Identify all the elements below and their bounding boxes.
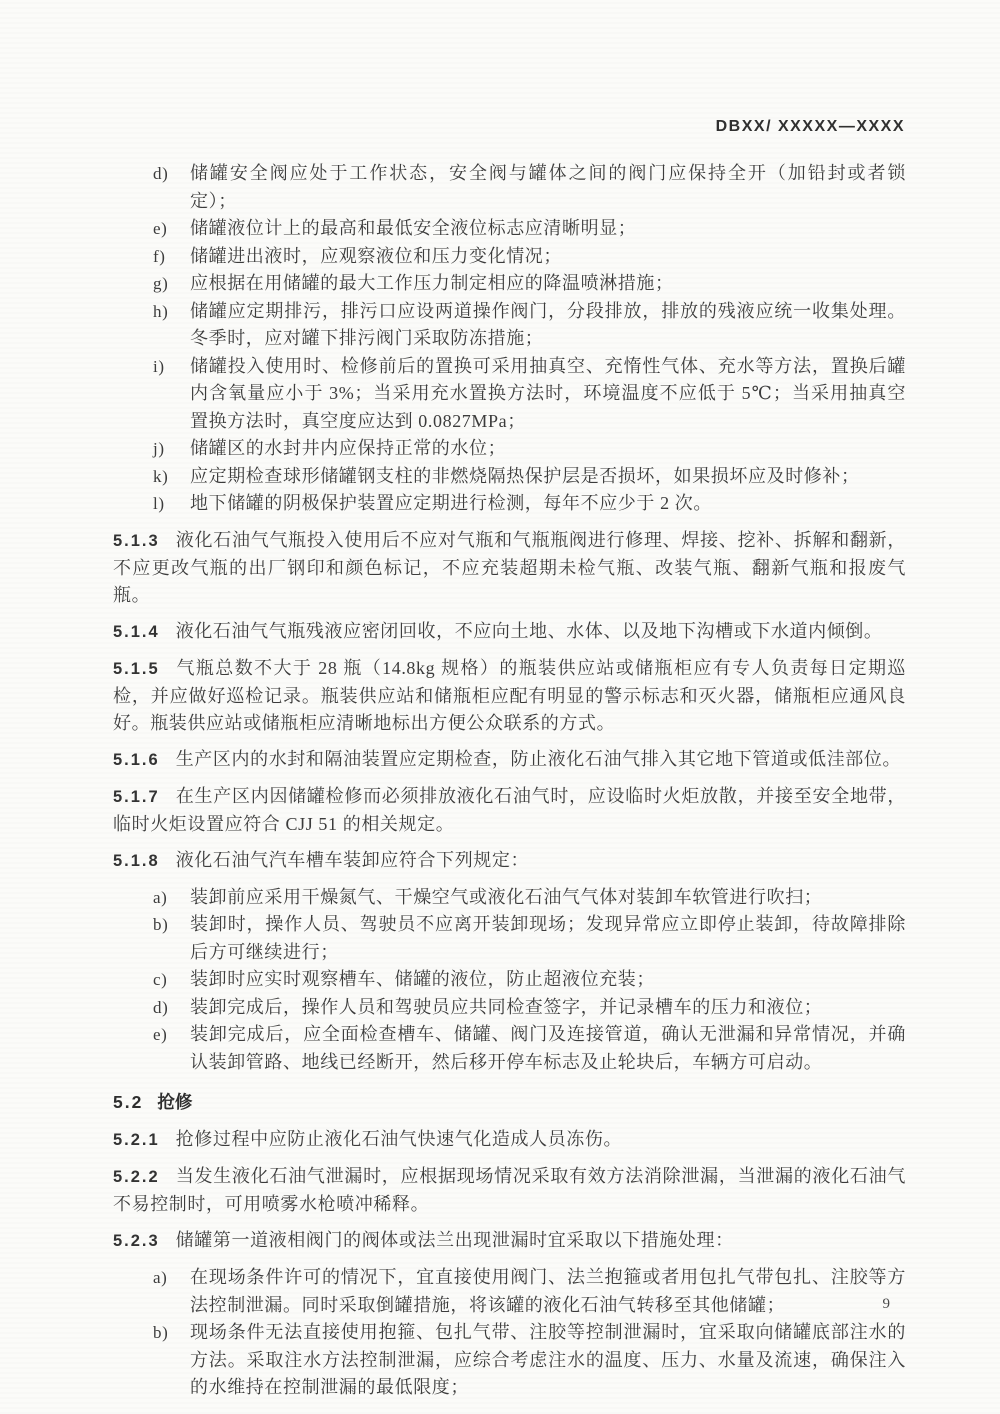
clause-5-2-2: 5.2.2当发生液化石油气泄漏时，应根据现场情况采取有效方法消除泄漏，当泄漏的液… bbox=[113, 1163, 906, 1218]
letter-list: d)储罐安全阀应处于工作状态，安全阀与罐体之间的阀门应保持全开（加铅封或者锁定）… bbox=[113, 160, 906, 518]
document-body: d)储罐安全阀应处于工作状态，安全阀与罐体之间的阀门应保持全开（加铅封或者锁定）… bbox=[113, 152, 906, 1410]
list-item-d: d)装卸完成后，操作人员和驾驶员应共同检查签字，并记录槽车的压力和液位； bbox=[113, 994, 906, 1022]
list-item-text: 装卸完成后，操作人员和驾驶员应共同检查签字，并记录槽车的压力和液位； bbox=[190, 994, 906, 1022]
clause-number: 5.1.5 bbox=[113, 660, 160, 678]
clause-text: 生产区内的水封和隔油装置应定期检查，防止液化石油气排入其它地下管道或低洼部位。 bbox=[176, 749, 901, 769]
list-item-marker: e) bbox=[153, 1021, 190, 1076]
list-item-j: j)储罐区的水封井内应保持正常的水位； bbox=[113, 435, 906, 463]
list-item-marker: a) bbox=[153, 884, 190, 912]
list-item-marker: i) bbox=[153, 353, 190, 436]
clause-number: 5.2.1 bbox=[113, 1131, 160, 1149]
clause-number: 5.2 bbox=[113, 1092, 143, 1112]
clause-5-2-1: 5.2.1抢修过程中应防止液化石油气快速气化造成人员冻伤。 bbox=[113, 1126, 906, 1154]
clause-text: 当发生液化石油气泄漏时，应根据现场情况采取有效方法消除泄漏，当泄漏的液化石油气不… bbox=[113, 1166, 906, 1214]
list-item-i: i)储罐投入使用时、检修前后的置换可采用抽真空、充惰性气体、充水等方法，置换后罐… bbox=[113, 353, 906, 436]
page-number: 9 bbox=[883, 1296, 891, 1313]
list-item-text: 装卸时，操作人员、驾驶员不应离开装卸现场；发现异常应立即停止装卸，待故障排除后方… bbox=[190, 911, 906, 966]
clause-5-1-8: 5.1.8液化石油气汽车槽车装卸应符合下列规定： bbox=[113, 847, 906, 875]
list-item-marker: d) bbox=[153, 160, 190, 215]
clause-text: 储罐第一道液相阀门的阀体或法兰出现泄漏时宜采取以下措施处理： bbox=[176, 1230, 734, 1250]
document-page: DBXX/ XXXXX—XXXX d)储罐安全阀应处于工作状态，安全阀与罐体之间… bbox=[0, 0, 1000, 1414]
list-item-h: h)储罐应定期排污，排污口应设两道操作阀门，分段排放，排放的残液应统一收集处理。… bbox=[113, 298, 906, 353]
list-item-marker: h) bbox=[153, 298, 190, 353]
list-item-text: 装卸前应采用干燥氮气、干燥空气或液化石油气气体对装卸车软管进行吹扫； bbox=[190, 884, 906, 912]
list-item-text: 地下储罐的阴极保护装置应定期进行检测，每年不应少于 2 次。 bbox=[190, 490, 906, 518]
list-item-marker: e) bbox=[153, 215, 190, 243]
list-item-c: c)装卸时应实时观察槽车、储罐的液位，防止超液位充装； bbox=[113, 966, 906, 994]
clause-text: 在生产区内因储罐检修而必须排放液化石油气时，应设临时火炬放散，并接至安全地带，临… bbox=[113, 786, 906, 834]
clause-5-1-4: 5.1.4液化石油气气瓶残液应密闭回收，不应向土地、水体、以及地下沟槽或下水道内… bbox=[113, 618, 906, 646]
clause-text: 液化石油气气瓶残液应密闭回收，不应向土地、水体、以及地下沟槽或下水道内倾倒。 bbox=[176, 621, 883, 641]
list-item-text: 储罐液位计上的最高和最低安全液位标志应清晰明显； bbox=[190, 215, 906, 243]
clause-text: 抢修过程中应防止液化石油气快速气化造成人员冻伤。 bbox=[176, 1129, 622, 1149]
list-item-a: a)在现场条件许可的情况下，宜直接使用阀门、法兰抱箍或者用包扎气带包扎、注胶等方… bbox=[113, 1264, 906, 1319]
clause-number: 5.2.2 bbox=[113, 1168, 160, 1186]
list-item-text: 储罐进出液时，应观察液位和压力变化情况； bbox=[190, 243, 906, 271]
list-item-text: 装卸完成后，应全面检查槽车、储罐、阀门及连接管道，确认无泄漏和异常情况，并确认装… bbox=[190, 1021, 906, 1076]
list-item-marker: f) bbox=[153, 243, 190, 271]
list-item-marker: c) bbox=[153, 966, 190, 994]
list-item-text: 应根据在用储罐的最大工作压力制定相应的降温喷淋措施； bbox=[190, 270, 906, 298]
list-item-marker: a) bbox=[153, 1264, 190, 1319]
section-heading-5-2: 5.2抢修 bbox=[113, 1089, 906, 1116]
clause-5-1-7: 5.1.7在生产区内因储罐检修而必须排放液化石油气时，应设临时火炬放散，并接至安… bbox=[113, 783, 906, 838]
list-item-b: b)装卸时，操作人员、驾驶员不应离开装卸现场；发现异常应立即停止装卸，待故障排除… bbox=[113, 911, 906, 966]
clause-number: 5.1.3 bbox=[113, 532, 160, 550]
list-item-b: b)现场条件无法直接使用抱箍、包扎气带、注胶等控制泄漏时，宜采取向储罐底部注水的… bbox=[113, 1319, 906, 1402]
list-item-marker: l) bbox=[153, 490, 190, 518]
clause-text: 液化石油气汽车槽车装卸应符合下列规定： bbox=[176, 850, 529, 870]
clause-5-1-6: 5.1.6生产区内的水封和隔油装置应定期检查，防止液化石油气排入其它地下管道或低… bbox=[113, 746, 906, 774]
list-item-text: 储罐投入使用时、检修前后的置换可采用抽真空、充惰性气体、充水等方法，置换后罐内含… bbox=[190, 353, 906, 436]
list-item-text: 现场条件无法直接使用抱箍、包扎气带、注胶等控制泄漏时，宜采取向储罐底部注水的方法… bbox=[190, 1319, 906, 1402]
list-item-marker: b) bbox=[153, 1319, 190, 1402]
list-item-e: e)装卸完成后，应全面检查槽车、储罐、阀门及连接管道，确认无泄漏和异常情况，并确… bbox=[113, 1021, 906, 1076]
letter-list: a)装卸前应采用干燥氮气、干燥空气或液化石油气气体对装卸车软管进行吹扫；b)装卸… bbox=[113, 884, 906, 1077]
list-item-marker: b) bbox=[153, 911, 190, 966]
list-item-text: 储罐应定期排污，排污口应设两道操作阀门，分段排放，排放的残液应统一收集处理。冬季… bbox=[190, 298, 906, 353]
clause-5-1-3: 5.1.3液化石油气气瓶投入使用后不应对气瓶和气瓶瓶阀进行修理、焊接、挖补、拆解… bbox=[113, 527, 906, 609]
list-item-text: 装卸时应实时观察槽车、储罐的液位，防止超液位充装； bbox=[190, 966, 906, 994]
list-item-marker: d) bbox=[153, 994, 190, 1022]
list-item-k: k)应定期检查球形储罐钢支柱的非燃烧隔热保护层是否损坏，如果损坏应及时修补； bbox=[113, 463, 906, 491]
list-item-a: a)装卸前应采用干燥氮气、干燥空气或液化石油气气体对装卸车软管进行吹扫； bbox=[113, 884, 906, 912]
clause-number: 5.1.6 bbox=[113, 751, 160, 769]
standard-code-header: DBXX/ XXXXX—XXXX bbox=[716, 118, 905, 136]
clause-number: 5.1.7 bbox=[113, 788, 160, 806]
list-item-text: 应定期检查球形储罐钢支柱的非燃烧隔热保护层是否损坏，如果损坏应及时修补； bbox=[190, 463, 906, 491]
list-item-l: l)地下储罐的阴极保护装置应定期进行检测，每年不应少于 2 次。 bbox=[113, 490, 906, 518]
list-item-e: e)储罐液位计上的最高和最低安全液位标志应清晰明显； bbox=[113, 215, 906, 243]
list-item-text: 储罐区的水封井内应保持正常的水位； bbox=[190, 435, 906, 463]
list-item-marker: k) bbox=[153, 463, 190, 491]
list-item-d: d)储罐安全阀应处于工作状态，安全阀与罐体之间的阀门应保持全开（加铅封或者锁定）… bbox=[113, 160, 906, 215]
letter-list: a)在现场条件许可的情况下，宜直接使用阀门、法兰抱箍或者用包扎气带包扎、注胶等方… bbox=[113, 1264, 906, 1402]
clause-number: 5.1.8 bbox=[113, 852, 160, 870]
section-heading-text: 抢修 bbox=[157, 1092, 192, 1112]
clause-text: 气瓶总数不大于 28 瓶（14.8kg 规格）的瓶装供应站或储瓶柜应有专人负责每… bbox=[113, 658, 906, 733]
clause-5-1-5: 5.1.5气瓶总数不大于 28 瓶（14.8kg 规格）的瓶装供应站或储瓶柜应有… bbox=[113, 655, 906, 737]
clause-5-2-3: 5.2.3储罐第一道液相阀门的阀体或法兰出现泄漏时宜采取以下措施处理： bbox=[113, 1227, 906, 1255]
clause-number: 5.2.3 bbox=[113, 1232, 160, 1250]
list-item-marker: j) bbox=[153, 435, 190, 463]
list-item-g: g)应根据在用储罐的最大工作压力制定相应的降温喷淋措施； bbox=[113, 270, 906, 298]
clause-text: 液化石油气气瓶投入使用后不应对气瓶和气瓶瓶阀进行修理、焊接、挖补、拆解和翻新，不… bbox=[113, 530, 906, 605]
clause-number: 5.1.4 bbox=[113, 623, 160, 641]
list-item-text: 在现场条件许可的情况下，宜直接使用阀门、法兰抱箍或者用包扎气带包扎、注胶等方法控… bbox=[190, 1264, 906, 1319]
list-item-text: 储罐安全阀应处于工作状态，安全阀与罐体之间的阀门应保持全开（加铅封或者锁定）； bbox=[190, 160, 906, 215]
list-item-marker: g) bbox=[153, 270, 190, 298]
list-item-f: f)储罐进出液时，应观察液位和压力变化情况； bbox=[113, 243, 906, 271]
